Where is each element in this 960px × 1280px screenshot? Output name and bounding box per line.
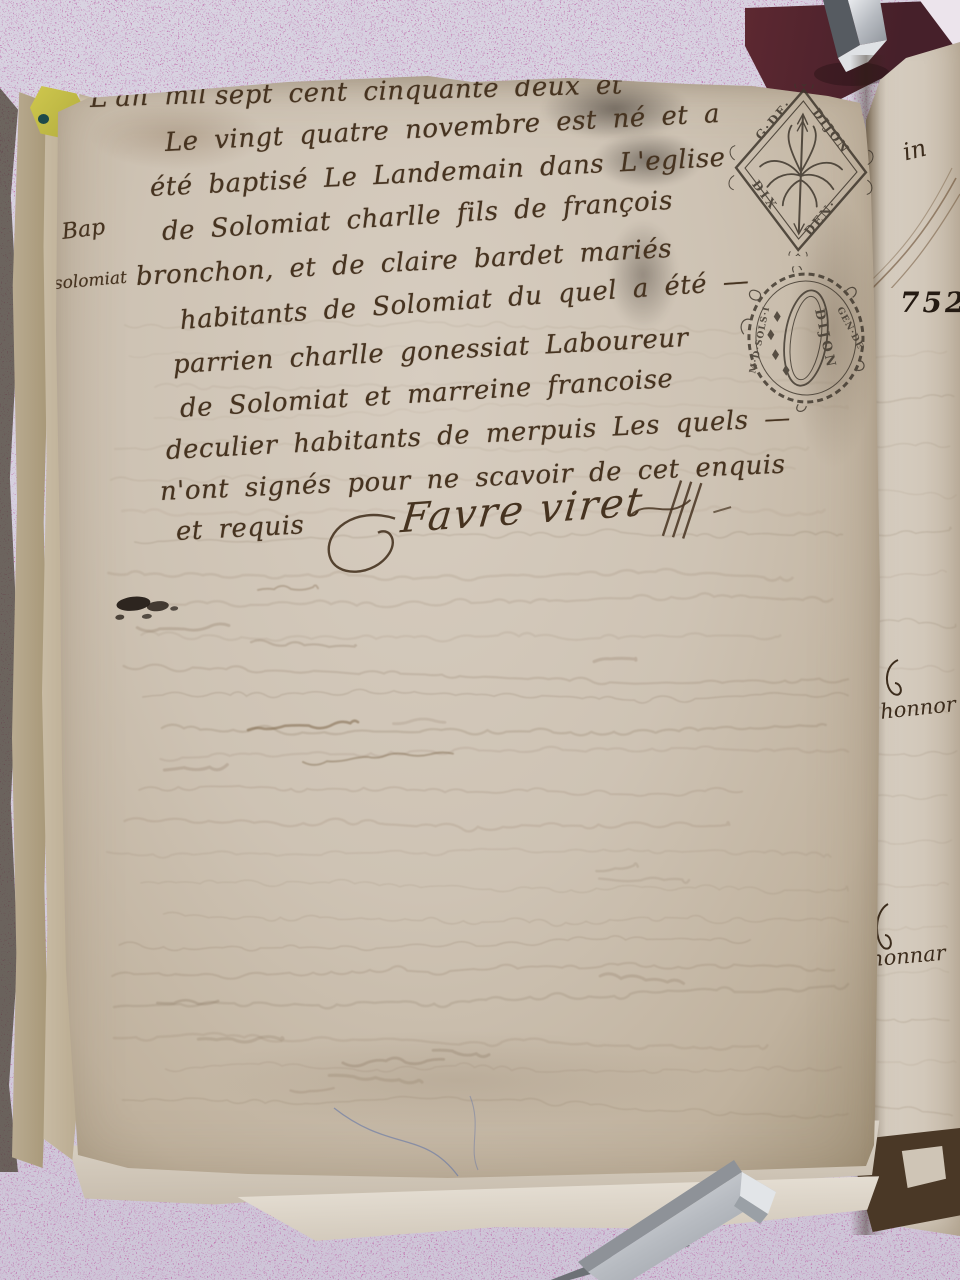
tax-stamp-oval: DIJON GEN·DE M·D·SOLS·I [737,264,876,415]
metal-clamp-tool-icon [530,1140,800,1280]
blue-pen-mark [320,1090,520,1186]
margin-note-bap: Bap [60,215,106,245]
stamp-fleur-marks [767,311,790,377]
ink-blot [110,588,190,628]
tax-stamp-diamond: G·DE· DIJON DIX DEN· [723,81,879,258]
stamp-text-dix: DIX [749,178,781,214]
stamp-text-den: DEN· [801,197,840,238]
spine-tear-strip [12,92,48,1168]
teal-spot [38,114,49,124]
printed-year-fragment: 752 [900,286,960,319]
stamp-text-gen-de: GEN·DE [834,306,865,352]
photo-parish-register: in 752 honnor honnar [0,0,960,1280]
